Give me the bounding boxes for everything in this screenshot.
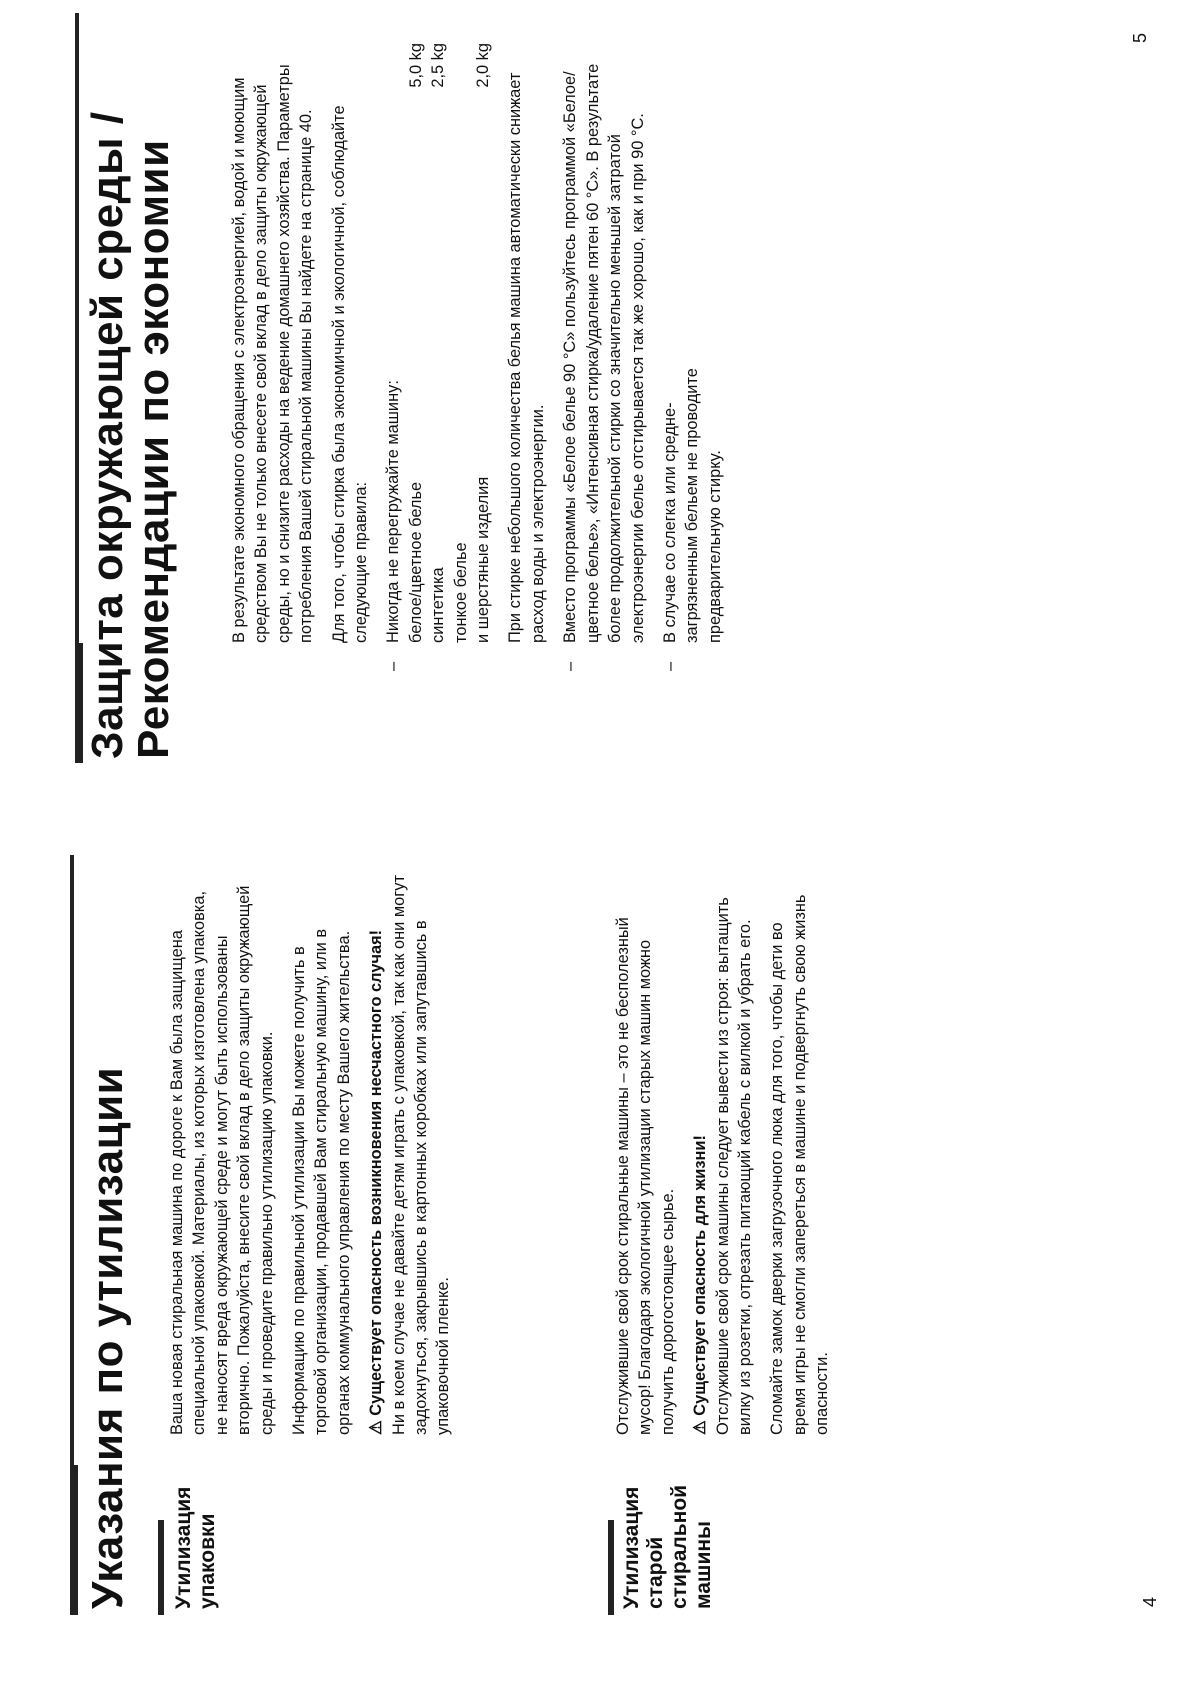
document-sheet: Указания по утилизации Утилизация упаков…	[0, 0, 1191, 1685]
load-rule-intro: Никогда не перегружайте машину:	[382, 43, 404, 643]
old-machine-paragraph: Сломайте замок дверки загрузочного люка …	[766, 875, 833, 1435]
warning-title: ⚠ Существует опасность возникновения нес…	[365, 875, 387, 1435]
section-rule	[608, 1520, 614, 1615]
title-rule-accent	[75, 643, 83, 763]
page-number: 5	[1130, 33, 1151, 43]
economy-paragraph: В результате экономного обращения с элек…	[228, 43, 318, 643]
title-rule-accent	[70, 1465, 78, 1615]
load-rule: – Никогда не перегружайте машину: белое/…	[382, 43, 504, 671]
page-title: Указания по утилизации	[84, 1067, 132, 1609]
page-title-line2: Рекомендации по экономии	[130, 139, 178, 759]
section-rule	[158, 1520, 164, 1615]
old-machine-paragraph: Отслужившие свой срок стиральные машины …	[612, 875, 679, 1435]
page-title-line1: Защита окружающей среды /	[84, 111, 132, 759]
tip-program: – Вместо программы «Белое белье 90 °С» п…	[559, 43, 649, 671]
warning-title: ⚠ Существует опасность для жизни!	[689, 875, 711, 1435]
old-machine-body: Отслужившие свой срок стиральные машины …	[612, 875, 844, 1435]
section-heading-packaging: Утилизация упаковки	[172, 1459, 220, 1609]
warning-text: Ни в коем случае не давайте детям играть…	[388, 875, 455, 1435]
section-heading-old-machine: Утилизация старой стиральной машины	[620, 1459, 716, 1609]
packaging-body: Ваша новая стиральная машина по дороге к…	[166, 875, 465, 1435]
tip-prewash: – В случае со слегка или средне­загрязне…	[659, 331, 726, 671]
packaging-paragraph: Информацию по правильной утилизации Вы м…	[288, 875, 355, 1435]
page-number: 4	[1140, 1597, 1161, 1607]
load-item: тонкое белье	[450, 43, 472, 643]
right-page: Защита окружающей среды / Рекомендации п…	[0, 0, 1191, 843]
load-item: и шерстяные изделия2,0 kg	[472, 43, 494, 643]
economy-paragraph: Для того, чтобы стирка была экономичной …	[328, 43, 373, 643]
economy-body: В результате экономного обращения с элек…	[228, 43, 726, 643]
warning-text: Отслужившие свой срок машины следует выв…	[712, 875, 757, 1435]
packaging-paragraph: Ваша новая стиральная машина по дороге к…	[166, 875, 278, 1435]
load-item: синтетика2,5 kg	[427, 43, 449, 643]
small-load-paragraph: При стирке небольшого количества белья м…	[504, 43, 549, 643]
left-page: Указания по утилизации Утилизация упаков…	[0, 843, 1191, 1685]
load-item: белое/цветное белье5,0 kg	[405, 43, 427, 643]
